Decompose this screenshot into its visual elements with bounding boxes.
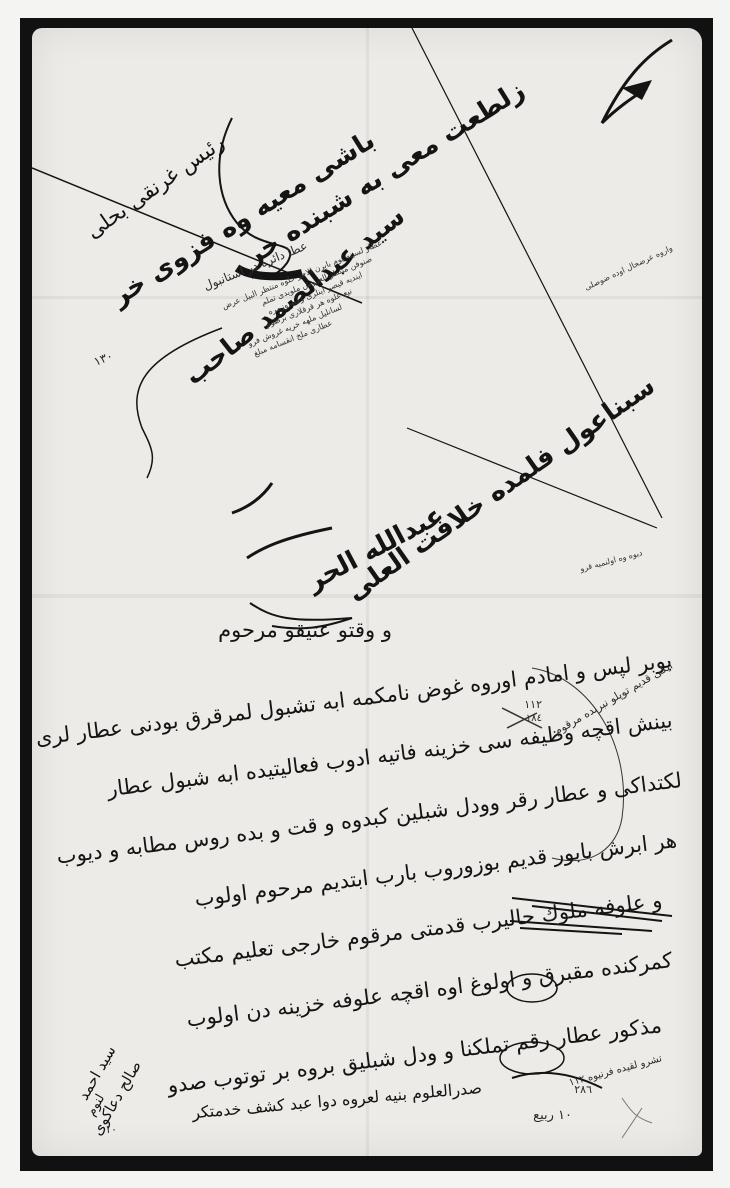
margin-note: ١٠ <box>105 1123 117 1136</box>
marginal-number: ١٨٤ <box>526 713 542 724</box>
right-block-table-note: دیوه وه اولنمیه قرو <box>579 548 643 573</box>
right-block-title: سبناعول فلمده خلافت العلی <box>341 371 661 607</box>
marginal-number: ١١٢ <box>524 698 542 711</box>
body-heading: و وقتو عتیقو مرحوم <box>218 618 392 642</box>
bottom-number: ٢٨٦ <box>574 1083 592 1096</box>
manuscript-paper: زلطعت معی به شبنده خر باشی معیه وه فزوی … <box>32 28 702 1156</box>
diagonal-block-date: ١٣٠ <box>91 349 114 369</box>
right-block-header: واروه عرضحال اوده ضوصلی <box>583 243 674 292</box>
closing-date: ١٠ ربیع <box>533 1108 572 1123</box>
